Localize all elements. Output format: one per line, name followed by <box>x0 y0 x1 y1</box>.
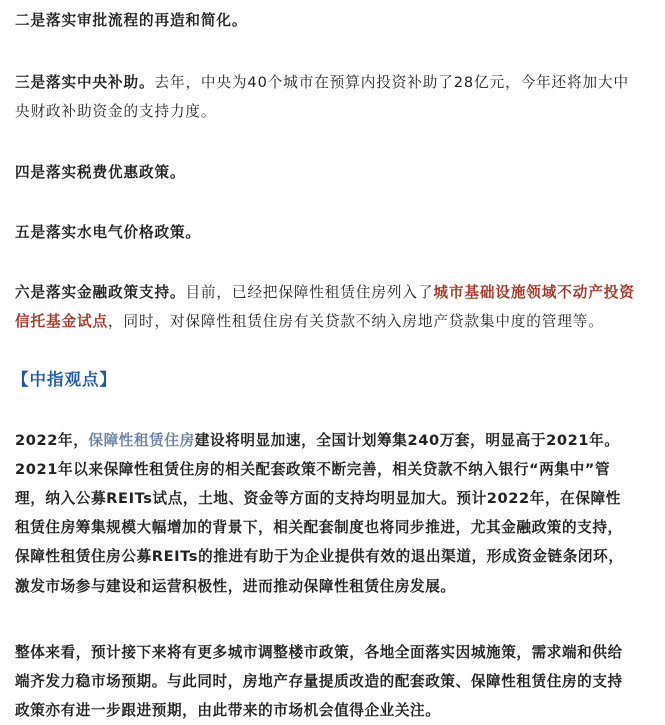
paragraph-text: 五是落实水电气价格政策。 <box>15 224 201 241</box>
paragraph-financial-policy-line1: 六是落实金融政策支持。目前，已经把保障性租赁住房列入了城市基础设施领域不动产投资 <box>15 283 635 303</box>
paragraph-approval-process: 二是落实审批流程的再造和简化。 <box>15 11 247 31</box>
view-paragraph-1-line4: 租赁住房筹集规模大幅增加的背景下，相关配套制度也将同步推进，尤其金融政策的支持， <box>15 518 623 538</box>
view-paragraph-1-line5: 保障性租赁住房公募REITs的推进有助于为企业提供有效的退出渠道，形成资金链条闭… <box>15 547 624 567</box>
paragraph-utility-price: 五是落实水电气价格政策。 <box>15 223 201 243</box>
paragraph-lead: 三是落实中央补助。 <box>15 74 154 91</box>
paragraph-text: 二是落实审批流程的再造和简化。 <box>15 12 247 29</box>
reits-pilot-link-continued[interactable]: 信托基金试点 <box>15 313 108 330</box>
view-paragraph-1-line3: 理，纳入公募REITs试点，土地、资金等方面的支持均明显加大。预计2022年，在… <box>15 489 621 509</box>
paragraph-text: 2022年， <box>15 432 88 449</box>
paragraph-text: 去年，中央为40个城市在预算内投资补助了28亿元，今年还将加大中 <box>154 74 629 91</box>
view-paragraph-1-line2: 2021年以来保障性租赁住房的相关配套政策不断完善，相关贷款不纳入银行“两集中”… <box>15 460 610 480</box>
paragraph-tax-policy: 四是落实税费优惠政策。 <box>15 163 185 183</box>
paragraph-text: 目前，已经把保障性租赁住房列入了 <box>185 284 433 301</box>
section-heading: 【中指观点】 <box>12 370 117 390</box>
paragraph-text: 建设将明显加速，全国计划筹集240万套，明显高于2021年。 <box>195 432 620 449</box>
affordable-rental-housing-link[interactable]: 保障性租赁住房 <box>88 432 194 449</box>
paragraph-text: 央财政补助资金的支持力度。 <box>15 103 216 120</box>
paragraph-central-subsidy-line2: 央财政补助资金的支持力度。 <box>15 102 216 122</box>
view-paragraph-2-line3: 政策亦有进一步跟进预期，由此带来的市场机会值得企业关注。 <box>15 701 440 721</box>
view-paragraph-2-line2: 端齐发力稳市场预期。与此同时，房地产存量提质改造的配套政策、保障性租赁住房的支持 <box>15 672 623 692</box>
paragraph-text: 四是落实税费优惠政策。 <box>15 164 185 181</box>
paragraph-text: ，同时，对保障性租赁住房有关贷款不纳入房地产贷款集中度的管理等。 <box>108 313 604 330</box>
view-paragraph-1-line6: 激发市场参与建设和运营积极性，进而推动保障性租赁住房发展。 <box>15 577 456 597</box>
paragraph-financial-policy-line2: 信托基金试点，同时，对保障性租赁住房有关贷款不纳入房地产贷款集中度的管理等。 <box>15 312 604 332</box>
view-paragraph-1-line1: 2022年，保障性租赁住房建设将明显加速，全国计划筹集240万套，明显高于202… <box>15 431 620 451</box>
reits-pilot-link[interactable]: 城市基础设施领域不动产投资 <box>433 284 634 301</box>
view-paragraph-2-line1: 整体来看，预计接下来将有更多城市调整楼市政策，各地全面落实因城施策，需求端和供给 <box>15 643 623 663</box>
paragraph-central-subsidy-line1: 三是落实中央补助。去年，中央为40个城市在预算内投资补助了28亿元，今年还将加大… <box>15 73 629 93</box>
paragraph-lead: 六是落实金融政策支持。 <box>15 284 185 301</box>
